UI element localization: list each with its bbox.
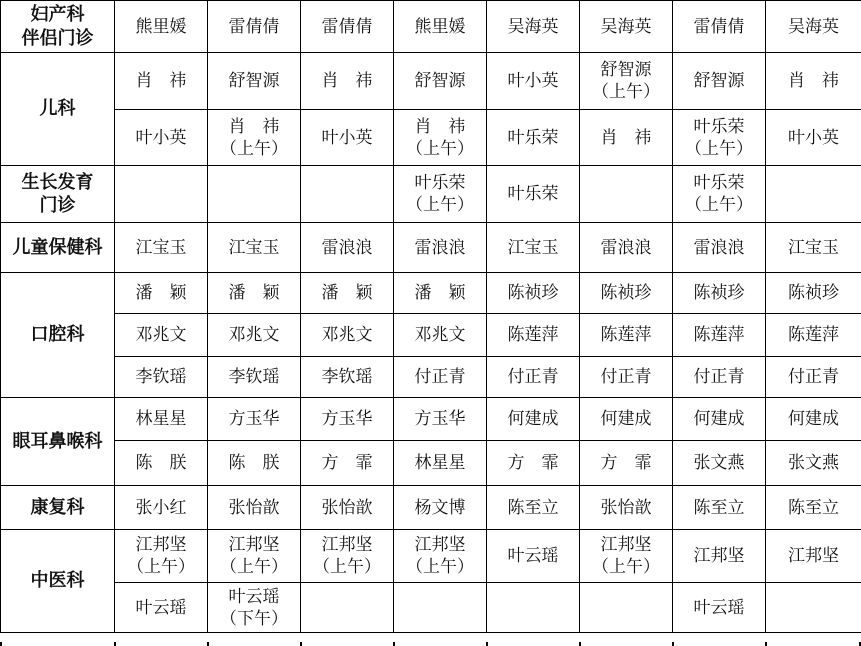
schedule-cell: 方 霏 — [580, 441, 673, 486]
schedule-cell: 付正青 — [580, 357, 673, 398]
schedule-cell: 陈莲萍 — [487, 314, 580, 357]
schedule-cell: 江邦坚 （上午） — [394, 530, 487, 583]
schedule-cell: 吴海英 — [580, 1, 673, 53]
schedule-cell: 陈至立 — [766, 486, 861, 530]
schedule-cell — [115, 166, 208, 223]
schedule-cell: 江邦坚 — [673, 530, 766, 583]
schedule-cell: 舒智源 — [394, 53, 487, 110]
schedule-cell: 张文燕 — [766, 441, 861, 486]
schedule-cell: 陈 朕 — [208, 441, 301, 486]
schedule-cell: 江宝玉 — [208, 223, 301, 273]
schedule-cell: 方玉华 — [301, 398, 394, 441]
table-row: 眼耳鼻喉科林星星方玉华方玉华方玉华何建成何建成何建成何建成 — [1, 398, 861, 441]
schedule-cell: 叶云瑶 — [487, 530, 580, 583]
schedule-cell: 雷浪浪 — [580, 223, 673, 273]
schedule-cell: 吴海英 — [487, 1, 580, 53]
department-name-line: 伴侣门诊 — [3, 27, 112, 50]
schedule-cell: 舒智源 （上午） — [580, 53, 673, 110]
schedule-cell: 方 霏 — [301, 441, 394, 486]
grid-line-stub — [207, 642, 209, 646]
schedule-cell: 叶乐荣 （上午） — [673, 166, 766, 223]
department-cell: 康复科 — [1, 486, 115, 530]
schedule-cell: 叶乐荣 — [487, 166, 580, 223]
schedule-cell: 江邦坚 （上午） — [208, 530, 301, 583]
department-name-line: 门诊 — [3, 194, 112, 217]
table-row: 陈 朕陈 朕方 霏林星星方 霏方 霏张文燕张文燕 — [1, 441, 861, 486]
table-row: 妇产科伴侣门诊熊里媛雷倩倩雷倩倩熊里媛吴海英吴海英雷倩倩吴海英 — [1, 1, 861, 53]
schedule-cell: 熊里媛 — [394, 1, 487, 53]
schedule-cell: 陈 朕 — [115, 441, 208, 486]
table-row: 叶小英肖 祎 （上午）叶小英肖 祎 （上午）叶乐荣肖 祎叶乐荣 （上午）叶小英 — [1, 110, 861, 166]
schedule-cell: 李钦瑶 — [115, 357, 208, 398]
schedule-cell: 雷倩倩 — [673, 1, 766, 53]
grid-line-stub — [765, 642, 767, 646]
schedule-cell: 张文燕 — [673, 441, 766, 486]
schedule-cell: 叶小英 — [115, 110, 208, 166]
schedule-cell: 邓兆文 — [115, 314, 208, 357]
schedule-cell — [301, 166, 394, 223]
table-row: 口腔科潘 颖潘 颖潘 颖潘 颖陈祯珍陈祯珍陈祯珍陈祯珍 — [1, 273, 861, 314]
schedule-cell: 陈莲萍 — [580, 314, 673, 357]
schedule-cell: 潘 颖 — [394, 273, 487, 314]
schedule-cell: 李钦瑶 — [301, 357, 394, 398]
schedule-cell: 潘 颖 — [301, 273, 394, 314]
table-row: 叶云瑶叶云瑶 （下午）叶云瑶 — [1, 583, 861, 633]
schedule-cell: 陈莲萍 — [766, 314, 861, 357]
schedule-cell: 叶乐荣 — [487, 110, 580, 166]
schedule-cell: 林星星 — [115, 398, 208, 441]
department-cell: 眼耳鼻喉科 — [1, 398, 115, 486]
schedule-cell: 叶云瑶 — [115, 583, 208, 633]
grid-line-stub — [579, 642, 581, 646]
grid-line-stub — [300, 642, 302, 646]
schedule-cell: 陈至立 — [673, 486, 766, 530]
schedule-cell: 叶云瑶 （下午） — [208, 583, 301, 633]
schedule-cell: 陈祯珍 — [673, 273, 766, 314]
table-row: 生长发育门诊叶乐荣 （上午）叶乐荣叶乐荣 （上午） — [1, 166, 861, 223]
schedule-cell: 吴海英 — [766, 1, 861, 53]
department-cell: 妇产科伴侣门诊 — [1, 1, 115, 53]
grid-line-stub — [486, 642, 488, 646]
schedule-cell: 叶小英 — [301, 110, 394, 166]
schedule-cell: 陈至立 — [487, 486, 580, 530]
schedule-cell: 陈祯珍 — [766, 273, 861, 314]
schedule-cell: 江宝玉 — [766, 223, 861, 273]
department-cell: 儿童保健科 — [1, 223, 115, 273]
schedule-cell: 陈祯珍 — [487, 273, 580, 314]
table-row: 李钦瑶李钦瑶李钦瑶付正青付正青付正青付正青付正青 — [1, 357, 861, 398]
schedule-cell: 陈祯珍 — [580, 273, 673, 314]
schedule-cell: 张怡歆 — [301, 486, 394, 530]
schedule-cell: 叶小英 — [766, 110, 861, 166]
department-name-line: 儿童保健科 — [3, 236, 112, 259]
schedule-cell: 雷倩倩 — [208, 1, 301, 53]
schedule-table: 妇产科伴侣门诊熊里媛雷倩倩雷倩倩熊里媛吴海英吴海英雷倩倩吴海英儿科肖 祎舒智源肖… — [0, 0, 861, 633]
schedule-cell — [394, 583, 487, 633]
grid-line-stub — [0, 642, 2, 646]
schedule-cell: 肖 祎 — [580, 110, 673, 166]
schedule-cell: 张怡歆 — [208, 486, 301, 530]
schedule-cell: 雷浪浪 — [301, 223, 394, 273]
table-row: 康复科张小红张怡歆张怡歆杨文博陈至立张怡歆陈至立陈至立 — [1, 486, 861, 530]
grid-line-stub — [114, 642, 116, 646]
schedule-cell: 熊里媛 — [115, 1, 208, 53]
schedule-cell: 江邦坚 （上午） — [580, 530, 673, 583]
department-cell: 中医科 — [1, 530, 115, 633]
grid-line-stub — [393, 642, 395, 646]
schedule-cell: 舒智源 — [673, 53, 766, 110]
schedule-cell: 付正青 — [394, 357, 487, 398]
schedule-cell — [580, 583, 673, 633]
schedule-cell: 叶乐荣 （上午） — [394, 166, 487, 223]
table-row: 儿科肖 祎舒智源肖 祎舒智源叶小英舒智源 （上午）舒智源肖 祎 — [1, 53, 861, 110]
schedule-cell: 潘 颖 — [208, 273, 301, 314]
department-name-line: 妇产科 — [3, 3, 112, 26]
schedule-cell: 肖 祎 — [301, 53, 394, 110]
schedule-cell: 方 霏 — [487, 441, 580, 486]
schedule-cell: 方玉华 — [394, 398, 487, 441]
schedule-cell: 邓兆文 — [208, 314, 301, 357]
department-name-line: 康复科 — [3, 496, 112, 519]
schedule-cell: 张怡歆 — [580, 486, 673, 530]
schedule-cell: 付正青 — [487, 357, 580, 398]
grid-line-stub — [672, 642, 674, 646]
table-row: 儿童保健科江宝玉江宝玉雷浪浪雷浪浪江宝玉雷浪浪雷浪浪江宝玉 — [1, 223, 861, 273]
schedule-cell: 雷浪浪 — [673, 223, 766, 273]
schedule-cell: 江宝玉 — [115, 223, 208, 273]
schedule-page: 妇产科伴侣门诊熊里媛雷倩倩雷倩倩熊里媛吴海英吴海英雷倩倩吴海英儿科肖 祎舒智源肖… — [0, 0, 861, 646]
schedule-cell: 陈莲萍 — [673, 314, 766, 357]
department-name-line: 口腔科 — [3, 323, 112, 346]
schedule-cell: 何建成 — [766, 398, 861, 441]
schedule-cell: 李钦瑶 — [208, 357, 301, 398]
schedule-cell — [580, 166, 673, 223]
table-row: 中医科江邦坚 （上午）江邦坚 （上午）江邦坚 （上午）江邦坚 （上午）叶云瑶江邦… — [1, 530, 861, 583]
schedule-cell: 江宝玉 — [487, 223, 580, 273]
schedule-cell — [487, 583, 580, 633]
department-name-line: 眼耳鼻喉科 — [3, 430, 112, 453]
table-row: 邓兆文邓兆文邓兆文邓兆文陈莲萍陈莲萍陈莲萍陈莲萍 — [1, 314, 861, 357]
schedule-cell: 雷浪浪 — [394, 223, 487, 273]
schedule-cell: 肖 祎 — [766, 53, 861, 110]
schedule-cell: 舒智源 — [208, 53, 301, 110]
schedule-cell: 潘 颖 — [115, 273, 208, 314]
schedule-cell: 叶小英 — [487, 53, 580, 110]
schedule-cell: 叶乐荣 （上午） — [673, 110, 766, 166]
schedule-cell: 何建成 — [487, 398, 580, 441]
schedule-cell: 江邦坚 — [766, 530, 861, 583]
schedule-cell: 付正青 — [673, 357, 766, 398]
schedule-cell: 肖 祎 （上午） — [208, 110, 301, 166]
schedule-cell: 叶云瑶 — [673, 583, 766, 633]
schedule-cell: 邓兆文 — [301, 314, 394, 357]
schedule-cell: 方玉华 — [208, 398, 301, 441]
schedule-cell — [766, 166, 861, 223]
schedule-cell: 雷倩倩 — [301, 1, 394, 53]
schedule-cell — [208, 166, 301, 223]
schedule-cell: 付正青 — [766, 357, 861, 398]
department-cell: 儿科 — [1, 53, 115, 166]
schedule-cell: 邓兆文 — [394, 314, 487, 357]
schedule-cell — [766, 583, 861, 633]
schedule-cell: 江邦坚 （上午） — [301, 530, 394, 583]
department-name-line: 生长发育 — [3, 171, 112, 194]
department-name-line: 儿科 — [3, 97, 112, 120]
schedule-cell: 江邦坚 （上午） — [115, 530, 208, 583]
department-name-line: 中医科 — [3, 569, 112, 592]
schedule-cell — [301, 583, 394, 633]
department-cell: 口腔科 — [1, 273, 115, 398]
department-cell: 生长发育门诊 — [1, 166, 115, 223]
schedule-cell: 何建成 — [673, 398, 766, 441]
schedule-cell: 杨文博 — [394, 486, 487, 530]
table-continuation — [0, 633, 861, 646]
schedule-cell: 林星星 — [394, 441, 487, 486]
schedule-cell: 张小红 — [115, 486, 208, 530]
schedule-cell: 何建成 — [580, 398, 673, 441]
schedule-cell: 肖 祎 — [115, 53, 208, 110]
schedule-cell: 肖 祎 （上午） — [394, 110, 487, 166]
